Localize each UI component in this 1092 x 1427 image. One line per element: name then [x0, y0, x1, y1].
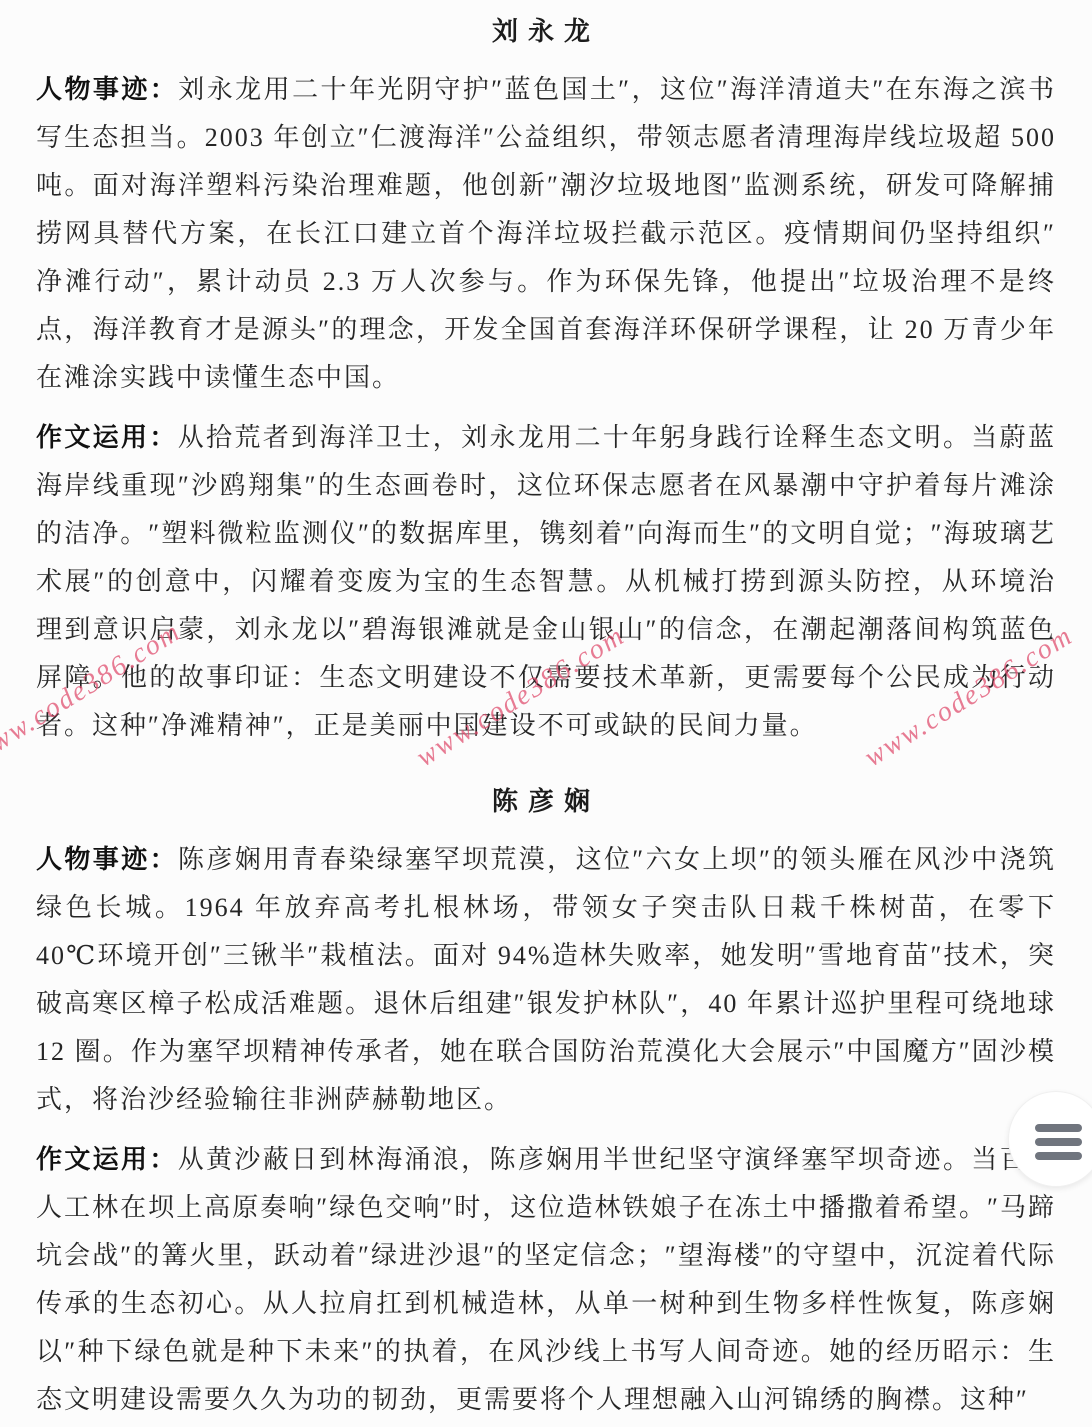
paragraph-label: 作文运用：	[36, 1145, 178, 1174]
paragraph-text: 刘永龙用二十年光阴守护″蓝色国土″，这位″海洋清道夫″在东海之滨书写生态担当。2…	[36, 75, 1056, 392]
paragraph-label: 人物事迹：	[36, 75, 178, 104]
paragraph-label: 作文运用：	[36, 423, 178, 452]
section-title-chen-yanxian: 陈彦娴	[36, 778, 1056, 826]
document-body: 刘永龙 人物事迹：刘永龙用二十年光阴守护″蓝色国土″，这位″海洋清道夫″在东海之…	[0, 0, 1092, 1424]
paragraph-deeds-liu: 人物事迹：刘永龙用二十年光阴守护″蓝色国土″，这位″海洋清道夫″在东海之滨书写生…	[36, 66, 1056, 402]
paragraph-deeds-chen: 人物事迹：陈彦娴用青春染绿塞罕坝荒漠，这位″六女上坝″的领头雁在风沙中浇筑绿色长…	[36, 836, 1056, 1124]
section-title-liu-yonglong: 刘永龙	[36, 8, 1056, 56]
paragraph-usage-chen: 作文运用：从黄沙蔽日到林海涌浪，陈彦娴用半世纪坚守演绎塞罕坝奇迹。当百亩人工林在…	[36, 1136, 1056, 1424]
paragraph-text: 从黄沙蔽日到林海涌浪，陈彦娴用半世纪坚守演绎塞罕坝奇迹。当百亩人工林在坝上高原奏…	[36, 1145, 1056, 1414]
paragraph-label: 人物事迹：	[36, 845, 178, 874]
paragraph-text: 陈彦娴用青春染绿塞罕坝荒漠，这位″六女上坝″的领头雁在风沙中浇筑绿色长城。196…	[36, 845, 1056, 1114]
paragraph-usage-liu: 作文运用：从拾荒者到海洋卫士，刘永龙用二十年躬身践行诠释生态文明。当蔚蓝海岸线重…	[36, 414, 1056, 750]
paragraph-text: 从拾荒者到海洋卫士，刘永龙用二十年躬身践行诠释生态文明。当蔚蓝海岸线重现″沙鸥翔…	[36, 423, 1056, 740]
